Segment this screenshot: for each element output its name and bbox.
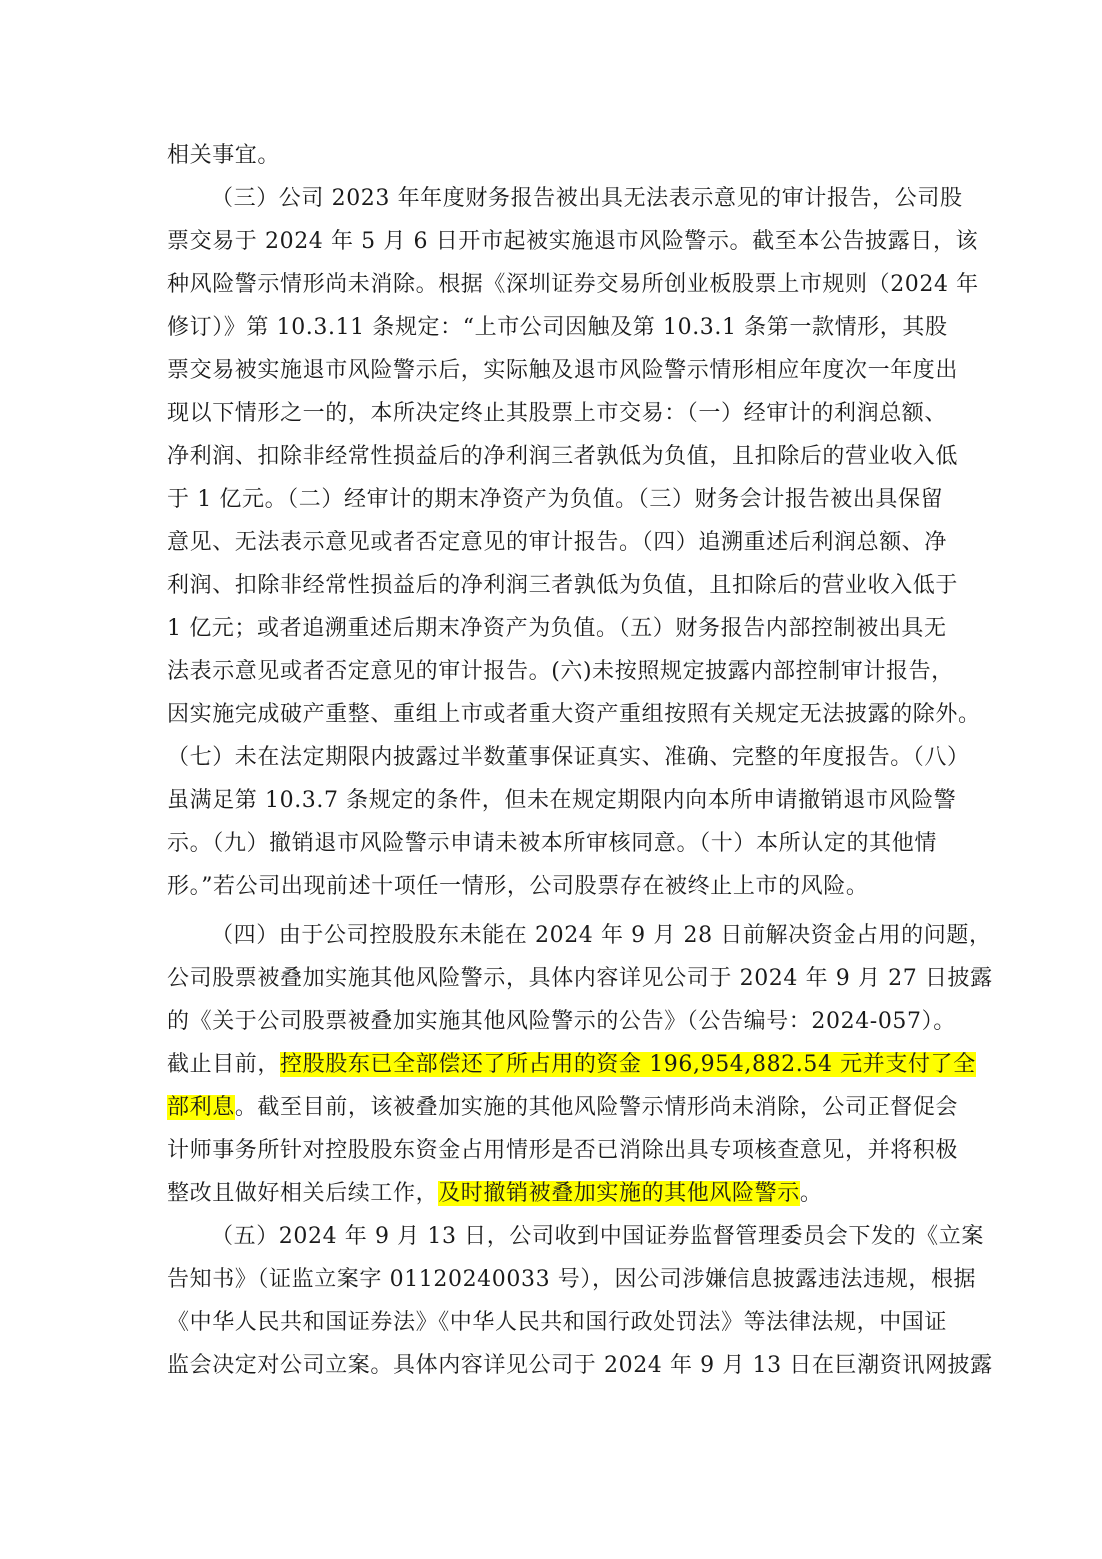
section-3-line-15: 虽满足第 10.3.7 条规定的条件，但未在规定期限内向本所申请撤销退市风险警 bbox=[167, 786, 937, 816]
line-text: 。 bbox=[800, 1181, 823, 1206]
line-text: 截止目前， bbox=[167, 1052, 280, 1077]
section-3-line-2: 票交易于 2024 年 5 月 6 日开市起被实施退市风险警示。截至本公告披露日… bbox=[167, 227, 937, 257]
line-text: 整改且做好相关后续工作， bbox=[167, 1181, 438, 1206]
section-5-line-2: 告知书》（证监立案字 01120240033 号），因公司涉嫌信息披露违法违规，… bbox=[167, 1265, 937, 1295]
section-4-line-4: 截止目前，控股股东已全部偿还了所占用的资金 196,954,882.54 元并支… bbox=[167, 1050, 937, 1080]
section-3-line-7: 净利润、扣除非经常性损益后的净利润三者孰低为负值，且扣除后的营业收入低 bbox=[167, 442, 937, 472]
section-5-line-4: 监会决定对公司立案。具体内容详见公司于 2024 年 9 月 13 日在巨潮资讯… bbox=[167, 1351, 937, 1381]
section-3-line-17: 形。”若公司出现前述十项任一情形，公司股票存在被终止上市的风险。 bbox=[167, 872, 937, 902]
section-3-line-16: 示。（九）撤销退市风险警示申请未被本所审核同意。（十）本所认定的其他情 bbox=[167, 829, 937, 859]
highlighted-text-revoke-warning: 及时撤销被叠加实施的其他风险警示 bbox=[438, 1181, 800, 1206]
highlighted-text-interest: 部利息 bbox=[167, 1095, 235, 1120]
highlighted-text-repayment: 控股股东已全部偿还了所占用的资金 196,954,882.54 元并支付了全 bbox=[280, 1052, 976, 1077]
section-4-line-3: 的《关于公司股票被叠加实施其他风险警示的公告》（公告编号：2024-057）。 bbox=[167, 1007, 937, 1037]
section-4-line-1: （四）由于公司控股股东未能在 2024 年 9 月 28 日前解决资金占用的问题… bbox=[211, 921, 937, 951]
section-4-line-6: 计师事务所针对控股股东资金占用情形是否已消除出具专项核查意见，并将积极 bbox=[167, 1136, 937, 1166]
section-3-line-12: 法表示意见或者否定意见的审计报告。(六)未按照规定披露内部控制审计报告， bbox=[167, 657, 937, 687]
line-text: 。截至目前，该被叠加实施的其他风险警示情形尚未消除，公司正督促会 bbox=[235, 1095, 958, 1120]
section-4-line-2: 公司股票被叠加实施其他风险警示，具体内容详见公司于 2024 年 9 月 27 … bbox=[167, 964, 937, 994]
section-3-line-13: 因实施完成破产重整、重组上市或者重大资产重组按照有关规定无法披露的除外。 bbox=[167, 700, 937, 730]
section-3-line-6: 现以下情形之一的，本所决定终止其股票上市交易：（一）经审计的利润总额、 bbox=[167, 399, 937, 429]
section-3-line-1: （三）公司 2023 年年度财务报告被出具无法表示意见的审计报告，公司股 bbox=[211, 184, 937, 214]
section-3-line-4: 修订）》第 10.3.11 条规定：“上市公司因触及第 10.3.1 条第一款情… bbox=[167, 313, 937, 343]
section-3-line-8: 于 1 亿元。（二）经审计的期末净资产为负值。（三）财务会计报告被出具保留 bbox=[167, 485, 937, 515]
section-4-line-7: 整改且做好相关后续工作，及时撤销被叠加实施的其他风险警示。 bbox=[167, 1179, 937, 1209]
section-3-line-9: 意见、无法表示意见或者否定意见的审计报告。（四）追溯重述后利润总额、净 bbox=[167, 528, 937, 558]
section-3-line-5: 票交易被实施退市风险警示后，实际触及退市风险警示情形相应年度次一年度出 bbox=[167, 356, 937, 386]
section-5-line-3: 《中华人民共和国证券法》《中华人民共和国行政处罚法》等法律法规，中国证 bbox=[167, 1308, 937, 1338]
section-5-line-1: （五）2024 年 9 月 13 日，公司收到中国证券监督管理委员会下发的《立案 bbox=[211, 1222, 937, 1252]
section-3-line-10: 利润、扣除非经常性损益后的净利润三者孰低为负值，且扣除后的营业收入低于 bbox=[167, 571, 937, 601]
section-3-line-14: （七）未在法定期限内披露过半数董事保证真实、准确、完整的年度报告。（八） bbox=[167, 743, 937, 773]
section-3-line-11: 1 亿元；或者追溯重述后期末净资产为负值。（五）财务报告内部控制被出具无 bbox=[167, 614, 937, 644]
paragraph-tail-line: 相关事宜。 bbox=[167, 141, 937, 171]
section-4-line-5: 部利息。截至目前，该被叠加实施的其他风险警示情形尚未消除，公司正督促会 bbox=[167, 1093, 937, 1123]
document-page: 相关事宜。 （三）公司 2023 年年度财务报告被出具无法表示意见的审计报告，公… bbox=[0, 0, 1102, 1559]
section-3-line-3: 种风险警示情形尚未消除。根据《深圳证券交易所创业板股票上市规则（2024 年 bbox=[167, 270, 937, 300]
